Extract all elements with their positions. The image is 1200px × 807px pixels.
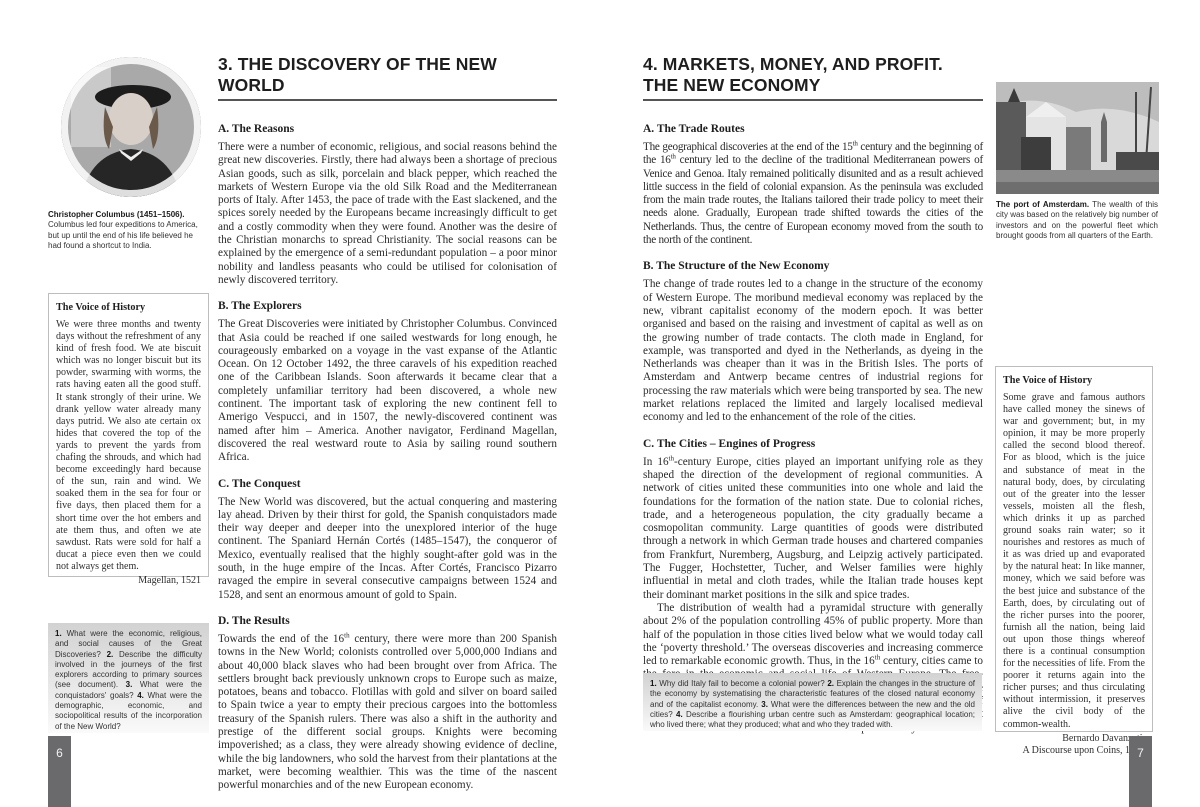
columbus-portrait-image	[61, 57, 201, 197]
review-questions-box: 1. Why did Italy fail to become a coloni…	[643, 673, 982, 731]
question-number: 4.	[137, 691, 144, 700]
section-reasons: A. The Reasons There were a number of ec…	[218, 123, 557, 287]
section-text: The change of trade routes led to a chan…	[643, 278, 983, 424]
review-questions-box: 1. What were the economic, religious, an…	[48, 623, 209, 733]
chapter-title-line-1: 4. MARKETS, MONEY, AND PROFIT.	[643, 54, 983, 75]
question-number: 2.	[827, 679, 834, 688]
amsterdam-port-image	[996, 82, 1159, 194]
voice-quote: We were three months and twenty days wit…	[56, 319, 201, 573]
section-heading: B. The Structure of the New Economy	[643, 260, 983, 272]
voice-of-history-box: The Voice of History Some grave and famo…	[995, 366, 1153, 732]
voice-title: The Voice of History	[1003, 375, 1145, 386]
question-text: Why did Italy fail to become a colonial …	[657, 679, 828, 688]
left-main-column: 3. THE DISCOVERY OF THE NEW WORLD A. The…	[218, 54, 557, 792]
chapter-title: 4. MARKETS, MONEY, AND PROFIT. THE NEW E…	[643, 54, 983, 101]
caption-title: Christopher Columbus (1451–1506).	[48, 210, 184, 219]
question-number: 1.	[55, 629, 62, 638]
amsterdam-caption: The port of Amsterdam. The wealth of thi…	[996, 200, 1158, 241]
caption-title: The port of Amsterdam.	[996, 200, 1089, 209]
section-text: The New World was discovered, but the ac…	[218, 496, 557, 602]
chapter-title-line-2: THE NEW ECONOMY	[643, 75, 983, 96]
section-results: D. The Results Towards the end of the 16…	[218, 615, 557, 793]
section-text: The geographical discoveries at the end …	[643, 141, 983, 247]
columbus-caption: Christopher Columbus (1451–1506). Columb…	[48, 210, 208, 251]
section-heading: B. The Explorers	[218, 300, 557, 312]
section-conquest: C. The Conquest The New World was discov…	[218, 478, 557, 602]
section-heading: A. The Reasons	[218, 123, 557, 135]
right-main-column: 4. MARKETS, MONEY, AND PROFIT. THE NEW E…	[643, 54, 983, 735]
voice-title: The Voice of History	[56, 302, 201, 313]
section-explorers: B. The Explorers The Great Discoveries w…	[218, 300, 557, 464]
portrait-icon	[61, 57, 201, 197]
section-heading: C. The Conquest	[218, 478, 557, 490]
page-number-tab: 7	[1129, 736, 1152, 807]
question-number: 4.	[676, 710, 683, 719]
voice-of-history-box: The Voice of History We were three month…	[48, 293, 209, 577]
section-trade-routes: A. The Trade Routes The geographical dis…	[643, 123, 983, 247]
caption-text: Columbus led four expeditions to America…	[48, 220, 198, 250]
port-illustration-icon	[996, 82, 1159, 194]
section-text: The Great Discoveries were initiated by …	[218, 318, 557, 464]
voice-quote: Some grave and famous authors have calle…	[1003, 392, 1145, 731]
page-number: 7	[1137, 746, 1144, 760]
chapter-title: 3. THE DISCOVERY OF THE NEW WORLD	[218, 54, 557, 101]
voice-attribution: Magellan, 1521	[56, 575, 201, 587]
section-structure: B. The Structure of the New Economy The …	[643, 260, 983, 424]
section-text: Towards the end of the 16th century, the…	[218, 633, 557, 793]
section-heading: C. The Cities – Engines of Progress	[643, 438, 983, 450]
page-number: 6	[56, 746, 63, 760]
page-number-tab: 6	[48, 736, 71, 807]
section-heading: D. The Results	[218, 615, 557, 627]
question-number: 3.	[761, 700, 768, 709]
question-text: Describe a flourishing urban centre such…	[650, 710, 975, 729]
section-text: In 16th-century Europe, cities played an…	[643, 456, 983, 602]
section-text: There were a number of economic, religio…	[218, 141, 557, 287]
question-number: 1.	[650, 679, 657, 688]
voice-attribution: Bernardo Davanzati, A Discourse upon Coi…	[1003, 733, 1145, 757]
section-heading: A. The Trade Routes	[643, 123, 983, 135]
